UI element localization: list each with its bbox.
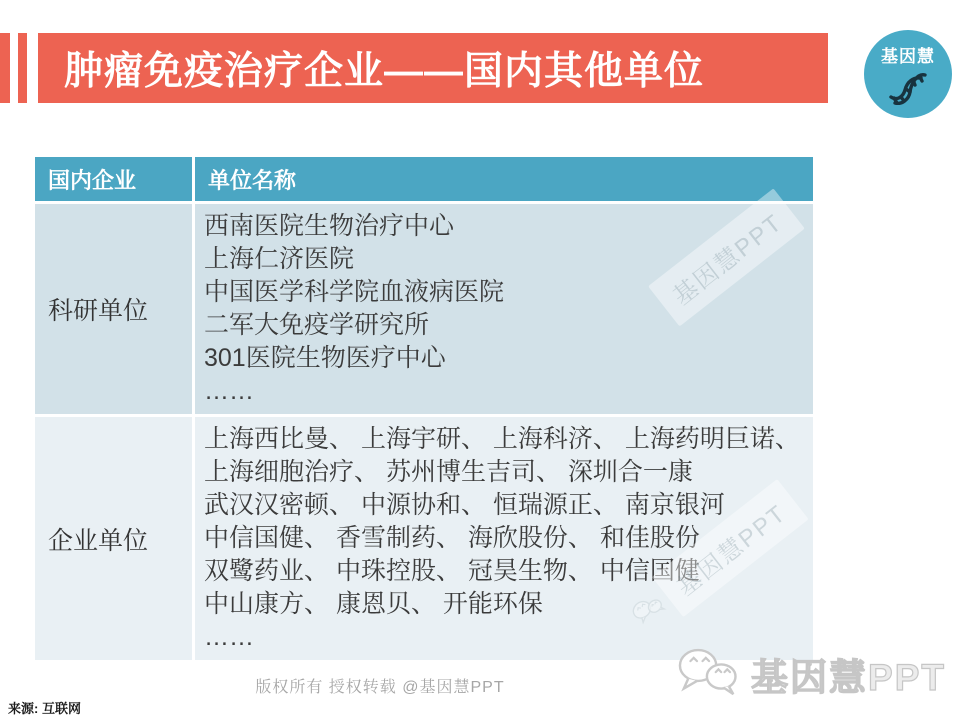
unit-line: 301医院生物医疗中心 (204, 342, 813, 375)
page-title: 肿瘤免疫治疗企业——国内其他单位 (64, 40, 704, 96)
dna-helix-icon (885, 67, 931, 110)
unit-line: 中山康方、 康恩贝、 开能环保 (204, 588, 813, 621)
unit-line: 二军大免疫学研究所 (204, 309, 813, 342)
logo-label: 基因慧 (881, 42, 935, 67)
copyright-note: 版权所有 授权转载 @基因慧PPT (0, 674, 760, 697)
unit-lines: 上海西比曼、 上海宇研、 上海科济、 上海药明巨诺、上海细胞治疗、 苏州博生吉司… (204, 423, 813, 654)
category-label-enterprise: 企业单位 (35, 417, 192, 660)
banner-accent-bar-2 (18, 33, 27, 103)
unit-line: 中国医学科学院血液病医院 (204, 276, 813, 309)
table-header-row: 国内企业 单位名称 (35, 157, 813, 201)
brand-watermark-text: 基因慧PPT (751, 647, 946, 701)
unit-list-research: 西南医院生物治疗中心上海仁济医院中国医学科学院血液病医院二军大免疫学研究所301… (195, 204, 813, 414)
unit-line: 中信国健、 香雪制药、 海欣股份、 和佳股份 (204, 522, 813, 555)
unit-list-enterprise: 上海西比曼、 上海宇研、 上海科济、 上海药明巨诺、上海细胞治疗、 苏州博生吉司… (195, 417, 813, 660)
unit-line: 上海细胞治疗、 苏州博生吉司、 深圳合一康 (204, 456, 813, 489)
brand-logo: 基因慧 (864, 30, 952, 118)
unit-line: 上海仁济医院 (204, 243, 813, 276)
table-row-research: 科研单位 西南医院生物治疗中心上海仁济医院中国医学科学院血液病医院二军大免疫学研… (35, 204, 813, 414)
source-note: 来源: 互联网 (8, 698, 81, 717)
header-cell-domestic: 国内企业 (35, 157, 192, 201)
brand-watermark: 基因慧PPT (675, 645, 946, 702)
header-cell-unit-name: 单位名称 (195, 157, 813, 201)
cat-face-icon (675, 645, 751, 702)
unit-line: 双鹭药业、 中珠控股、 冠昊生物、 中信国健 (204, 555, 813, 588)
table-row-enterprise: 企业单位 上海西比曼、 上海宇研、 上海科济、 上海药明巨诺、上海细胞治疗、 苏… (35, 417, 813, 660)
unit-line: 上海西比曼、 上海宇研、 上海科济、 上海药明巨诺、 (204, 423, 813, 456)
category-label-research: 科研单位 (35, 204, 192, 414)
unit-line: …… (204, 375, 813, 408)
title-banner: 肿瘤免疫治疗企业——国内其他单位 (38, 33, 828, 103)
unit-lines: 西南医院生物治疗中心上海仁济医院中国医学科学院血液病医院二军大免疫学研究所301… (204, 210, 813, 408)
unit-table: 国内企业 单位名称 科研单位 西南医院生物治疗中心上海仁济医院中国医学科学院血液… (35, 157, 813, 660)
slide: 肿瘤免疫治疗企业——国内其他单位 基因慧 国内企业 单位名称 (0, 0, 960, 720)
unit-line: 武汉汉密顿、 中源协和、 恒瑞源正、 南京银河 (204, 489, 813, 522)
banner-accent-bar-1 (0, 33, 10, 103)
unit-line: 西南医院生物治疗中心 (204, 210, 813, 243)
